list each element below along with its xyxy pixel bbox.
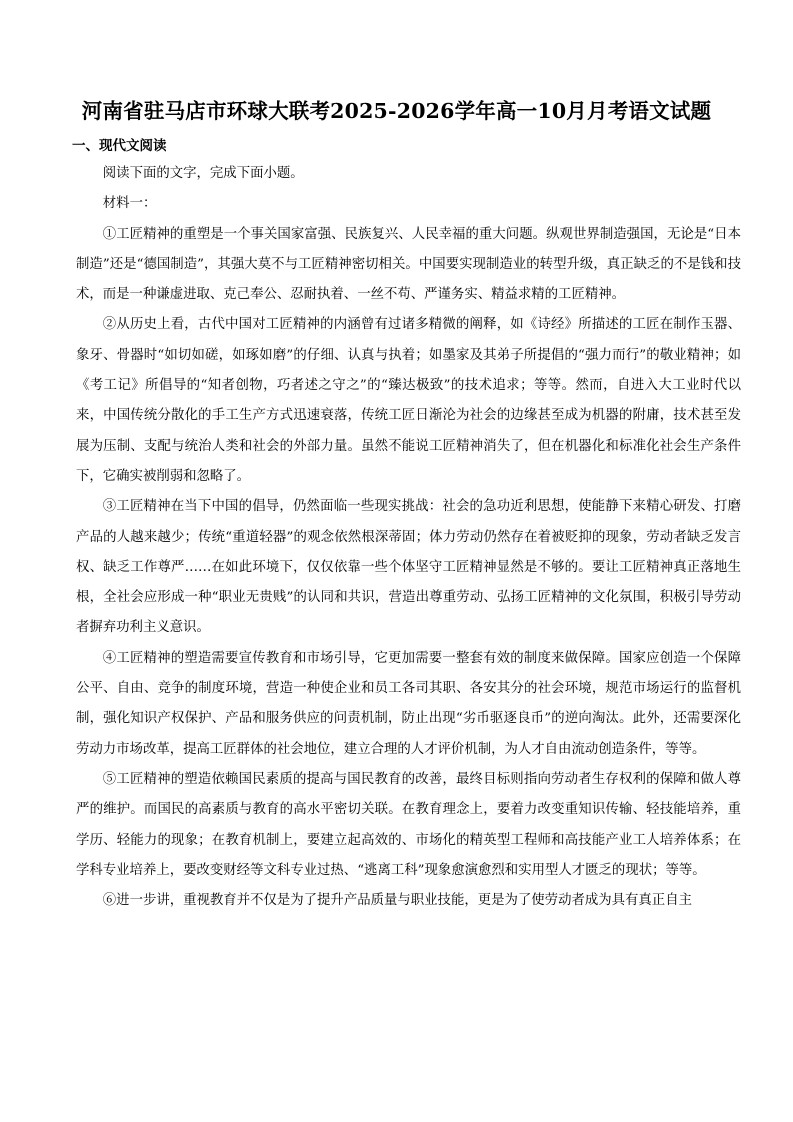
paragraph-1: ①工匠精神的重塑是一个事关国家富强、民族复兴、人民幸福的重大问题。纵观世界制造强…: [76, 220, 741, 311]
paragraph-3: ③工匠精神在当下中国的倡导，仍然面临一些现实挑战：社会的急功近利思想，使能静下来…: [76, 492, 741, 643]
paragraph-5: ⑤工匠精神的塑造依赖国民素质的提高与国民教育的改善，最终目标则指向劳动者生存权利…: [76, 765, 741, 886]
paragraph-2: ②从历史上看，古代中国对工匠精神的内涵曾有过诸多精微的阐释，如《诗经》所描述的工…: [76, 310, 741, 492]
instruction-text: 阅读下面的文字，完成下面小题。: [76, 159, 741, 189]
page-title: 河南省驻马店市环球大联考2025-2026学年高一10月月考语文试题: [0, 96, 793, 126]
document-page: 河南省驻马店市环球大联考2025-2026学年高一10月月考语文试题 一、现代文…: [0, 0, 793, 1122]
paragraph-4: ④工匠精神的塑造需要宣传教育和市场引导，它更加需要一整套有效的制度来做保障。国家…: [76, 644, 741, 765]
paragraph-6: ⑥进一步讲，重视教育并不仅是为了提升产品质量与职业技能，更是为了使劳动者成为具有…: [76, 886, 741, 916]
section-heading: 一、现代文阅读: [72, 136, 167, 156]
section-body: 阅读下面的文字，完成下面小题。 材料一： ①工匠精神的重塑是一个事关国家富强、民…: [76, 159, 741, 916]
material-label: 材料一：: [76, 189, 741, 219]
